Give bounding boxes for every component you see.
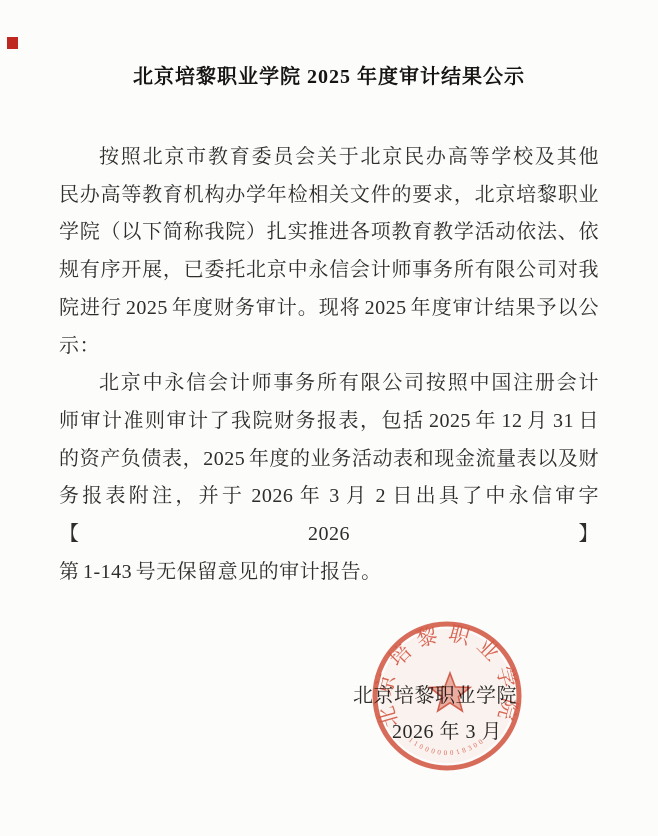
body-line: 第 1-143 号无保留意见的审计报告。 xyxy=(59,554,599,592)
body-line: 按照北京市教育委员会关于北京民办高等学校及其他 xyxy=(59,139,599,177)
document-page: 北京培黎职业学院 2025 年度审计结果公示 按照北京市教育委员会关于北京民办高… xyxy=(0,0,658,836)
body-line: 务报表附注，并于 2026 年 3 月 2 日出具了中永信审字【2026】 xyxy=(59,478,599,553)
document-body: 按照北京市教育委员会关于北京民办高等学校及其他 民办高等教育机构办学年检相关文件… xyxy=(59,139,599,591)
body-line: 师审计准则审计了我院财务报表，包括 2025 年 12 月 31 日 xyxy=(59,403,599,441)
body-line: 院进行 2025 年度财务审计。现将 2025 年度审计结果予以公 xyxy=(59,290,599,328)
body-line: 规有序开展，已委托北京中永信会计师事务所有限公司对我 xyxy=(59,252,599,290)
corner-red-mark xyxy=(7,37,18,49)
body-line: 示： xyxy=(59,328,599,366)
body-line: 学院（以下简称我院）扎实推进各项教育教学活动依法、依 xyxy=(59,214,599,252)
body-line: 北京中永信会计师事务所有限公司按照中国注册会计 xyxy=(59,365,599,403)
body-line: 民办高等教育机构办学年检相关文件的要求，北京培黎职业 xyxy=(59,177,599,215)
official-seal: 北京培黎职业学院 1100000018300 xyxy=(372,621,522,771)
document-title: 北京培黎职业学院 2025 年度审计结果公示 xyxy=(0,62,658,92)
body-line: 的资产负债表，2025 年度的业务活动表和现金流量表以及财 xyxy=(59,441,599,479)
